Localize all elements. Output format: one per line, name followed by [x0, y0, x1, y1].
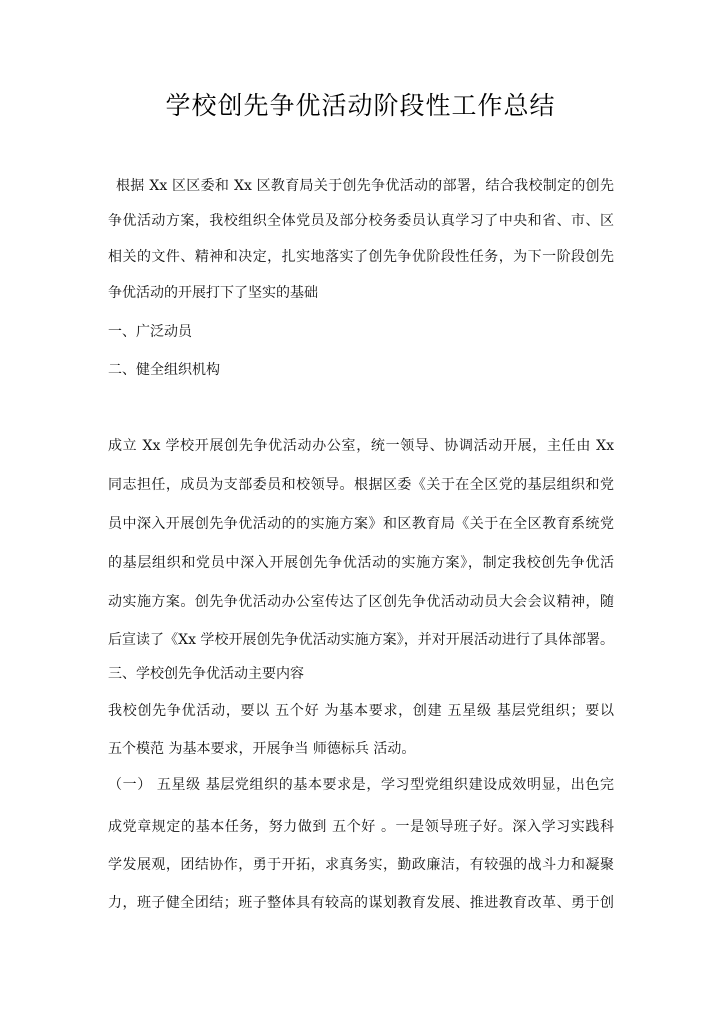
paragraph-line: 同志担任，成员为支部委员和校领导。根据区委《关于在全区党的基层组织和党: [108, 475, 614, 495]
paragraph-line: 争优活动的开展打下了坚实的基础: [108, 283, 614, 303]
section-heading-3: 三、学校创先争优活动主要内容: [108, 664, 614, 684]
document-title: 学校创先争优活动阶段性工作总结: [0, 88, 721, 124]
paragraph-line: 动实施方案。创先争优活动办公室传达了区创先争优活动动员大会会议精神，随: [108, 592, 614, 612]
section-heading-1: 一、广泛动员: [108, 322, 614, 342]
paragraph-line: 根据 Xx 区区委和 Xx 区教育局关于创先争优活动的部署，结合我校制定的创先: [116, 176, 614, 196]
paragraph-line: 相关的文件、精神和决定，扎实地落实了创先争优阶段性任务，为下一阶段创先: [108, 247, 614, 267]
paragraph-line: （一） 五星级 基层党组织的基本要求是，学习型党组织建设成效明显，出色完: [108, 775, 614, 795]
paragraph-line: 成党章规定的基本任务，努力做到 五个好 。一是领导班子好。深入学习实践科: [108, 817, 614, 837]
paragraph-line: 的基层组织和党员中深入开展创先争优活动的实施方案》，制定我校创先争优活: [108, 553, 614, 573]
paragraph-line: 学发展观，团结协作，勇于开拓，求真务实，勤政廉洁，有较强的战斗力和凝聚: [108, 855, 614, 875]
paragraph-line: 成立 Xx 学校开展创先争优活动办公室，统一领导、协调活动开展，主任由 Xx: [108, 436, 614, 456]
paragraph-line: 力，班子健全团结；班子整体具有较高的谋划教育发展、推进教育改革、勇于创: [108, 893, 614, 913]
section-heading-2: 二、健全组织机构: [108, 360, 614, 380]
paragraph-line: 五个模范 为基本要求，开展争当 师德标兵 活动。: [108, 739, 614, 759]
paragraph-line: 我校创先争优活动，要以 五个好 为基本要求，创建 五星级 基层党组织；要以: [108, 701, 614, 721]
paragraph-line: 员中深入开展创先争优活动的的实施方案》和区教育局《关于在全区教育系统党: [108, 514, 614, 534]
paragraph-line: 争优活动方案，我校组织全体党员及部分校务委员认真学习了中央和省、市、区: [108, 211, 614, 231]
document-page: 学校创先争优活动阶段性工作总结 根据 Xx 区区委和 Xx 区教育局关于创先争优…: [0, 0, 721, 1020]
paragraph-line: 后宣读了《Xx 学校开展创先争优活动实施方案》，并对开展活动进行了具体部署。: [108, 630, 614, 650]
